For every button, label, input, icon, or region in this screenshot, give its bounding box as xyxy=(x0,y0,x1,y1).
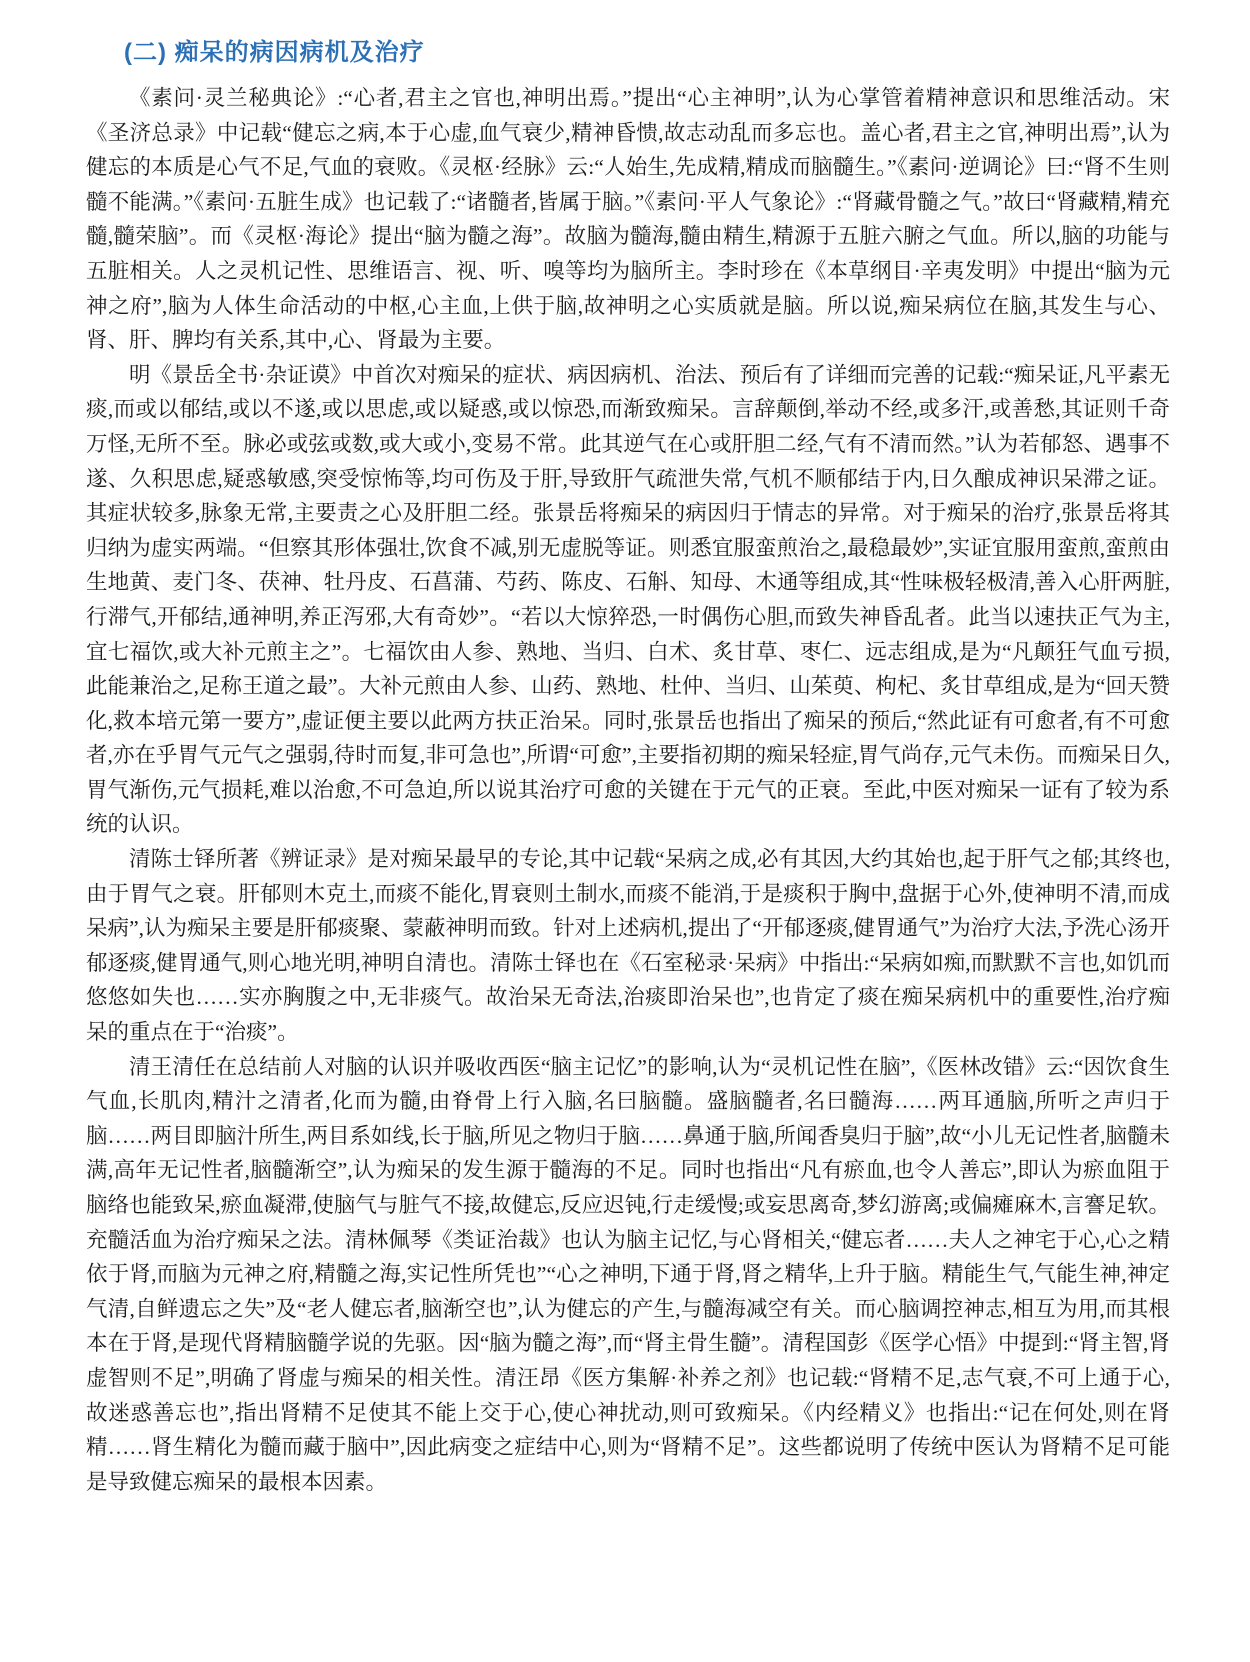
section-heading: (二) 痴呆的病因病机及治疗 xyxy=(86,38,1170,68)
document-page: (二) 痴呆的病因病机及治疗 《素问·灵兰秘典论》:“心者,君主之官也,神明出焉… xyxy=(0,0,1250,1662)
paragraph-4: 清王清任在总结前人对脑的认识并吸收西医“脑主记忆”的影响,认为“灵机记性在脑”,… xyxy=(86,1050,1170,1500)
paragraph-1: 《素问·灵兰秘典论》:“心者,君主之官也,神明出焉。”提出“心主神明”,认为心掌… xyxy=(86,81,1170,358)
paragraph-2: 明《景岳全书·杂证谟》中首次对痴呆的症状、病因病机、治法、预后有了详细而完善的记… xyxy=(86,358,1170,842)
paragraph-3: 清陈士铎所著《辨证录》是对痴呆最早的专论,其中记载“呆病之成,必有其因,大约其始… xyxy=(86,842,1170,1050)
